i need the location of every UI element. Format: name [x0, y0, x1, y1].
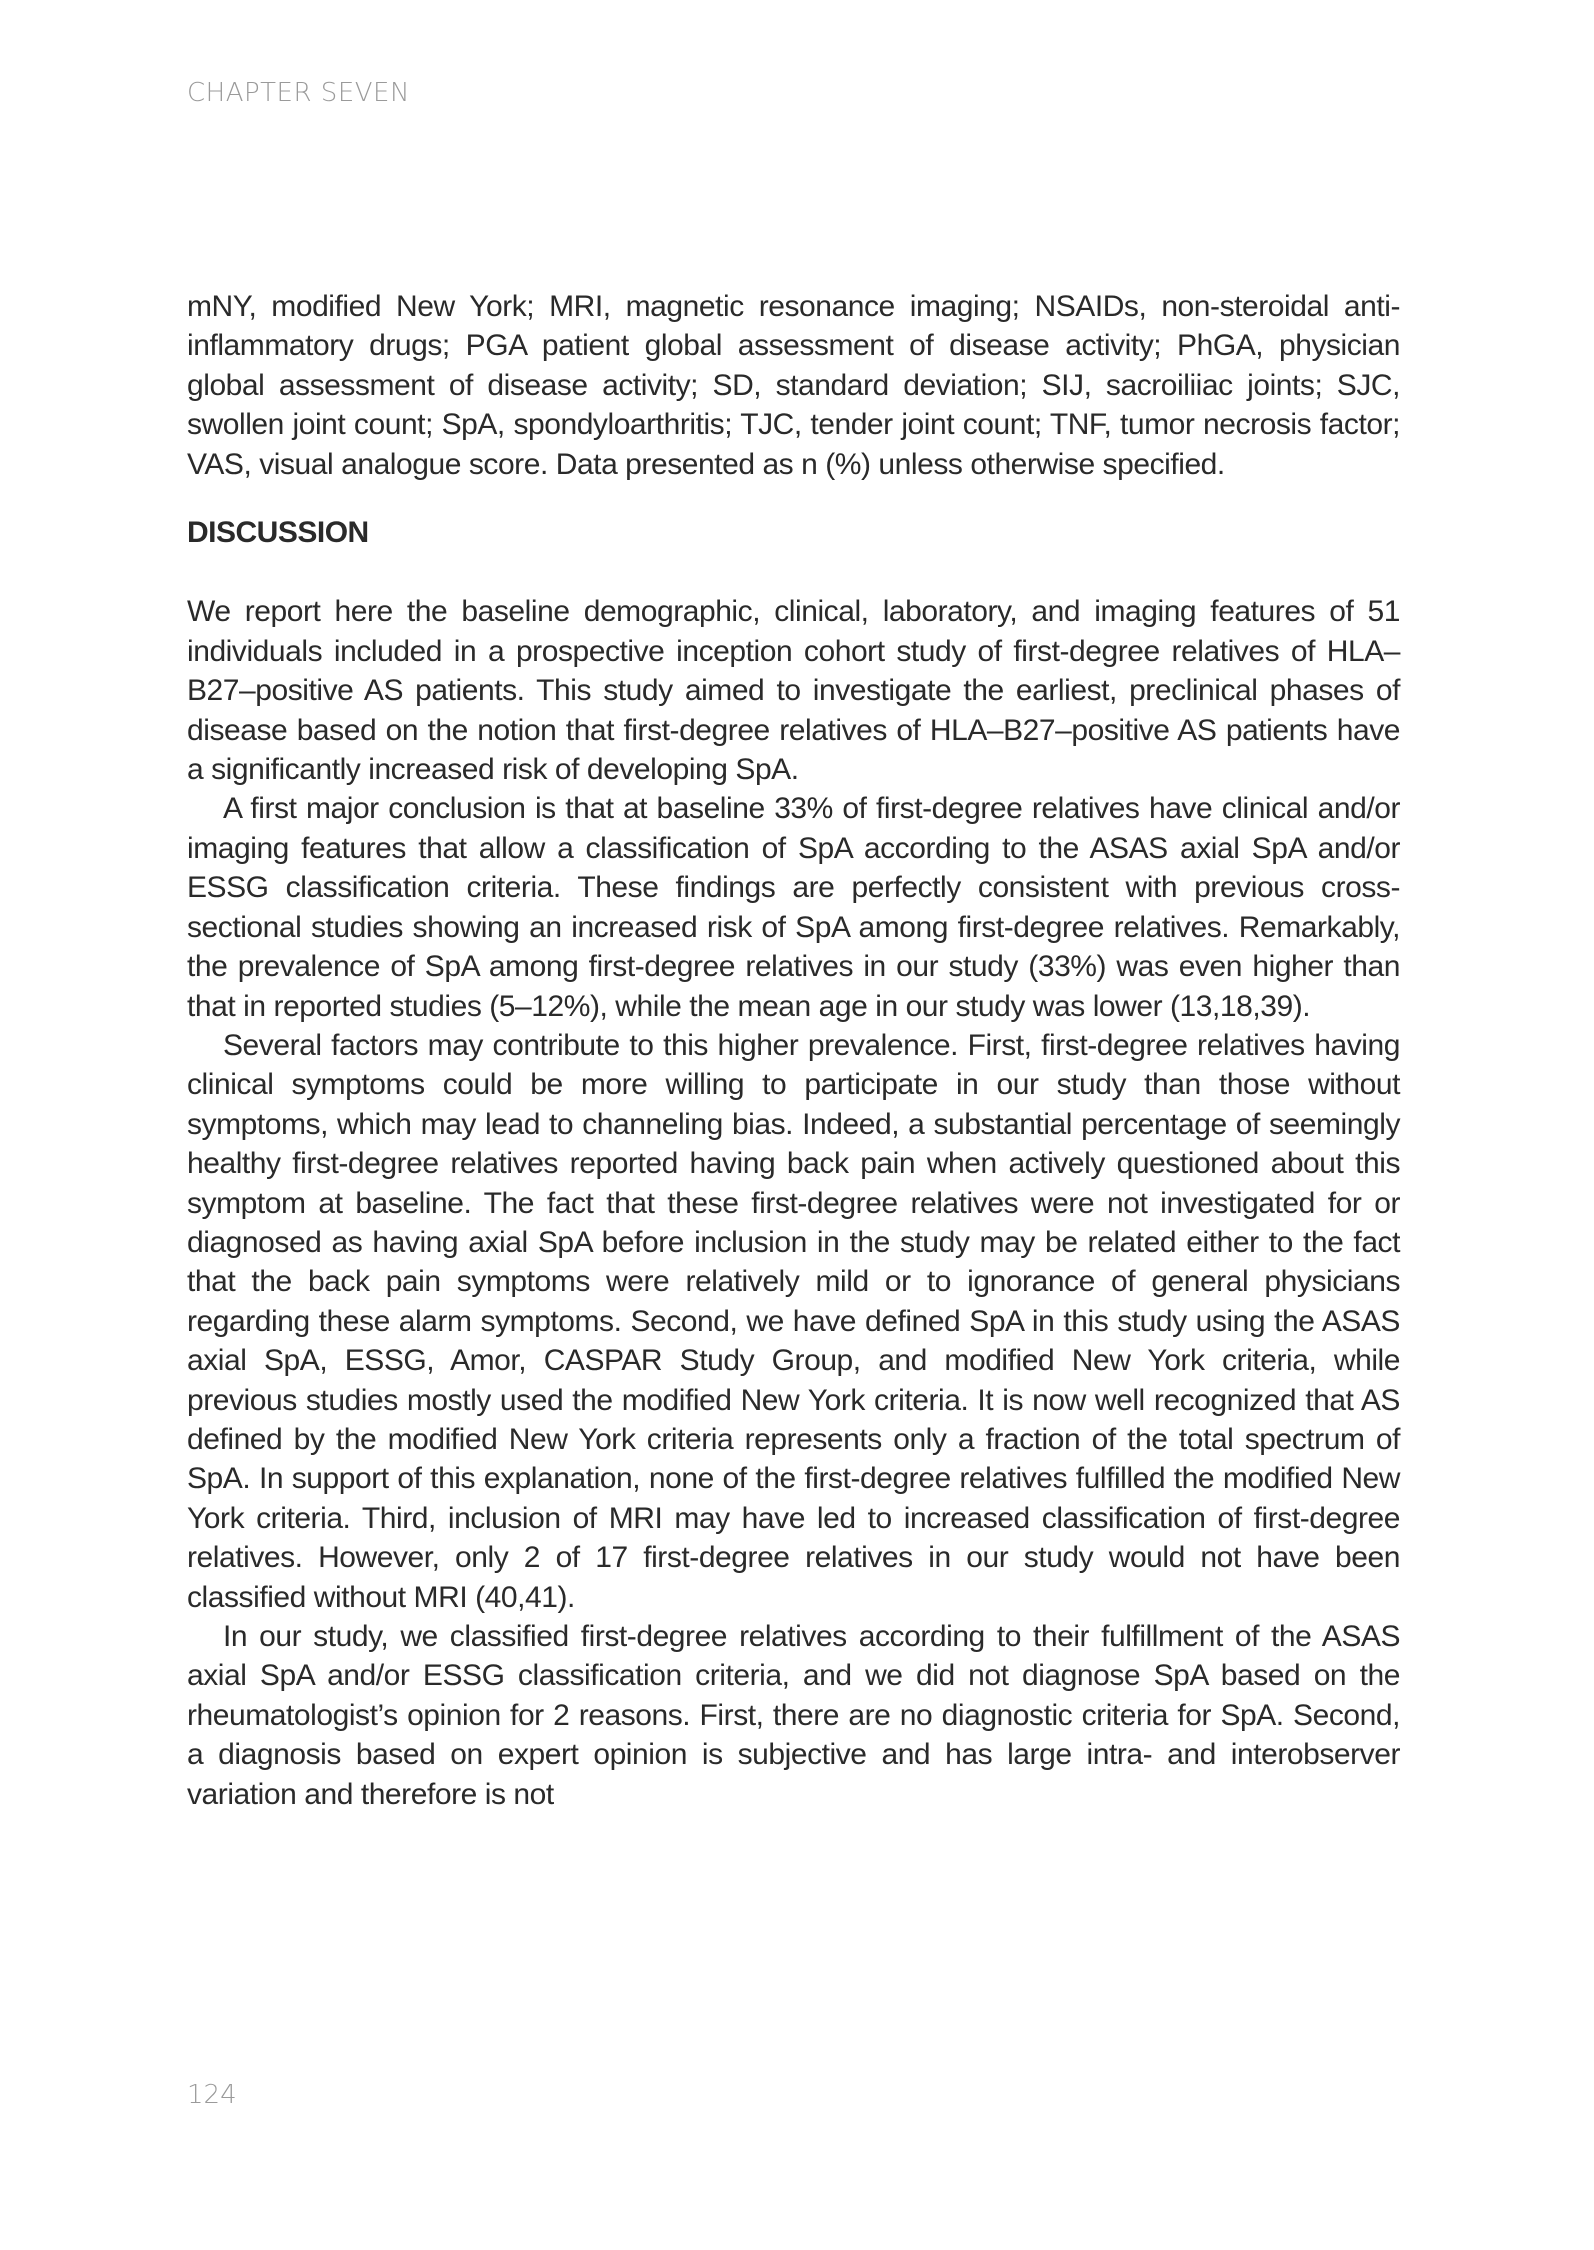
discussion-paragraph-1: We report here the baseline demographic,… — [187, 592, 1400, 789]
discussion-paragraph-2: A first major conclusion is that at base… — [187, 789, 1400, 1025]
table-footnote: mNY, modified New York; MRI, magnetic re… — [187, 287, 1400, 484]
document-page: CHAPTER SEVEN mNY, modified New York; MR… — [0, 0, 1594, 2250]
discussion-paragraph-3: Several factors may contribute to this h… — [187, 1026, 1400, 1617]
running-head: CHAPTER SEVEN — [187, 78, 410, 108]
section-heading-discussion: DISCUSSION — [187, 513, 1400, 552]
discussion-paragraph-4: In our study, we classified first-degree… — [187, 1617, 1400, 1814]
page-content: mNY, modified New York; MRI, magnetic re… — [187, 287, 1400, 1814]
page-number: 124 — [187, 2080, 237, 2110]
